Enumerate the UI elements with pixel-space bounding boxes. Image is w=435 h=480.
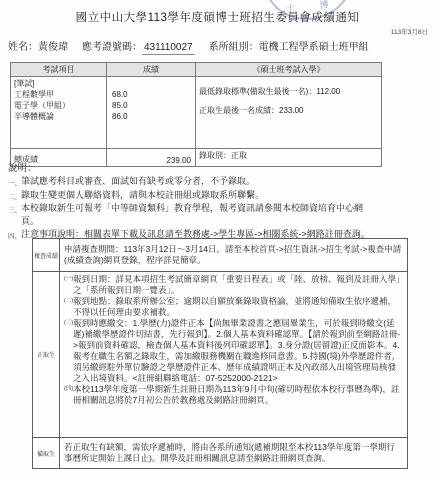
paragraph-number: (四)	[64, 384, 73, 395]
subject-name: 工程數學甲	[14, 89, 103, 100]
waitlist-students-label: 備取生	[33, 438, 60, 469]
note-item-2: 二、 錄取生變更個人聯絡資料，請與本校註冊組或錄取系所聯繫。	[8, 189, 432, 202]
notes-heading: 說明：	[8, 160, 432, 174]
minimum-admission-standard: 最低錄取標準(備取生最後一名)：112.00	[199, 86, 378, 97]
waitlist-students-row: 備取生 若正取生有缺額，需依序遞補時，將由各系所通知(遞補期限至本校113學年度…	[33, 438, 408, 469]
score-blank-line	[110, 78, 192, 89]
note-item-3: 三、 本校錄取新生可報考「中等師資類科」教育學程，報考資訊請參閱本校師資培育中心…	[8, 202, 432, 227]
subject-score: 68.0	[110, 89, 192, 100]
admitted-students-row: 正取生 (一)報到日期：詳見本項招生考試簡章網頁「重要日程表」或「陸、放榜、報到…	[33, 272, 408, 438]
note-number: 三、	[8, 202, 21, 227]
admission-notice-document: 士 博 國立中山大學113學年度碩博士班招生委員會成績通知 113年3月8日 姓…	[0, 0, 435, 480]
admitted-paragraph-3: (三)報到時應繳交：1.學歷(力)證件正本【尚無畢業證書之應屆畢業生，可於報到時…	[64, 318, 403, 384]
note-text: 本校錄取新生可報考「中等師資類科」教育學程，報考資訊請參閱本校師資培育中心網頁。	[21, 202, 373, 227]
note-text: 錄取生變更個人聯絡資料，請與本校註冊組或錄取系所聯繫。	[21, 189, 264, 202]
score-review-label: 複查成績	[33, 239, 60, 272]
admission-info-cell: 最低錄取標準(備取生最後一名)：112.00 正取生最後一名成績：233.00	[196, 77, 382, 149]
note-number: 四、	[8, 228, 21, 241]
applicant-name: 姓名：黃俊瑋	[8, 38, 68, 53]
registration-notice-table: 複查成績 申請複查期間：113年3月12日～3月14日。請至本校首頁->招生資訊…	[32, 238, 408, 469]
applicant-ticket: 應考證號碼：431110027	[82, 38, 195, 53]
score-review-content: 申請複查期間：113年3月12日～3月14日。請至本校首頁->招生資訊->招生考…	[60, 239, 408, 272]
applicant-info-row: 姓名：黃俊瑋 應考證號碼：431110027 系所組別：電機工程學系碩士班甲組	[8, 38, 432, 53]
waitlist-students-content: 若正取生有缺額，需依序遞補時，將由各系所通知(遞補期限至本校113學年度第一學期…	[60, 438, 408, 469]
admitted-paragraph-4: (四)本校113學年度第一學期新生註冊日期為113年9月中旬(確切時程依本校行事…	[64, 384, 403, 406]
paragraph-text: 報到日期：詳見本項招生考試簡章網頁「重要日程表」或「陸、放榜、報到及註冊入學」之…	[73, 274, 400, 295]
ticket-number: 431110027	[142, 42, 195, 55]
ticket-label: 應考證號碼：	[82, 42, 142, 53]
admitted-students-content: (一)報到日期：詳見本項招生考試簡章網頁「重要日程表」或「陸、放榜、報到及註冊入…	[60, 272, 408, 438]
written-exam-label: [筆試]	[14, 78, 103, 89]
subject-name: 電子學（甲組）	[14, 100, 103, 111]
subject-name: 半導體概論	[14, 111, 103, 122]
header-exam-subject: 考試項目	[11, 63, 107, 77]
admitted-paragraph-1: (一)報到日期：詳見本項招生考試簡章網頁「重要日程表」或「陸、放榜、報到及註冊入…	[64, 274, 403, 296]
note-number: 一、	[8, 175, 21, 188]
note-item-1: 一、 筆試應考科目或審查、面試如有缺考或零分者，不予錄取。	[8, 175, 432, 188]
subjects-cell: [筆試] 工程數學甲 電子學（甲組） 半導體概論	[11, 77, 107, 149]
note-number: 二、	[8, 189, 21, 202]
notes-section: 說明： 一、 筆試應考科目或審查、面試如有缺考或零分者，不予錄取。 二、 錄取生…	[8, 160, 432, 241]
subject-score: 86.0	[110, 111, 192, 122]
score-table: 考試項目 成績 《碩士班考試入學》 [筆試] 工程數學甲 電子學（甲組） 半導體…	[10, 62, 382, 167]
paragraph-number: (一)	[64, 274, 73, 285]
score-table-header-row: 考試項目 成績 《碩士班考試入學》	[11, 63, 382, 77]
document-date: 113年3月8日	[391, 27, 428, 36]
paragraph-text: 本校113學年度第一學期新生註冊日期為113年9月中旬(確切時程依本校行事曆為準…	[73, 384, 400, 405]
paragraph-number: (二)	[64, 296, 73, 307]
document-title: 國立中山大學113學年度碩博士班招生委員會成績通知	[0, 9, 435, 25]
scores-cell: 68.0 85.0 86.0	[107, 77, 196, 149]
header-admission-type: 《碩士班考試入學》	[196, 63, 382, 77]
admitted-students-label: 正取生	[33, 272, 60, 438]
last-admitted-score: 正取生最後一名成績：233.00	[199, 105, 378, 116]
note-text: 筆試應考科目或審查、面試如有缺考或零分者，不予錄取。	[21, 175, 255, 188]
subject-score: 85.0	[110, 100, 192, 111]
score-table-body-row: [筆試] 工程數學甲 電子學（甲組） 半導體概論 68.0 85.0 86.0 …	[11, 77, 382, 149]
applicant-department: 系所組別：電機工程學系碩士班甲組	[209, 38, 369, 53]
admitted-paragraph-2: (二)報到地點：錄取系所辦公室；逾期以自願放棄錄取資格論，並將通知備取生依序遞補…	[64, 296, 403, 318]
paragraph-text: 報到時應繳交：1.學歷(力)證件正本【尚無畢業證書之應屆畢業生，可於報到時繳交(…	[73, 318, 400, 383]
paragraph-text: 報到地點：錄取系所辦公室；逾期以自願放棄錄取資格論，並將通知備取生依序遞補，不得…	[73, 296, 396, 317]
header-score: 成績	[107, 63, 196, 77]
score-review-row: 複查成績 申請複查期間：113年3月12日～3月14日。請至本校首頁->招生資訊…	[33, 239, 408, 272]
paragraph-number: (三)	[64, 318, 73, 329]
